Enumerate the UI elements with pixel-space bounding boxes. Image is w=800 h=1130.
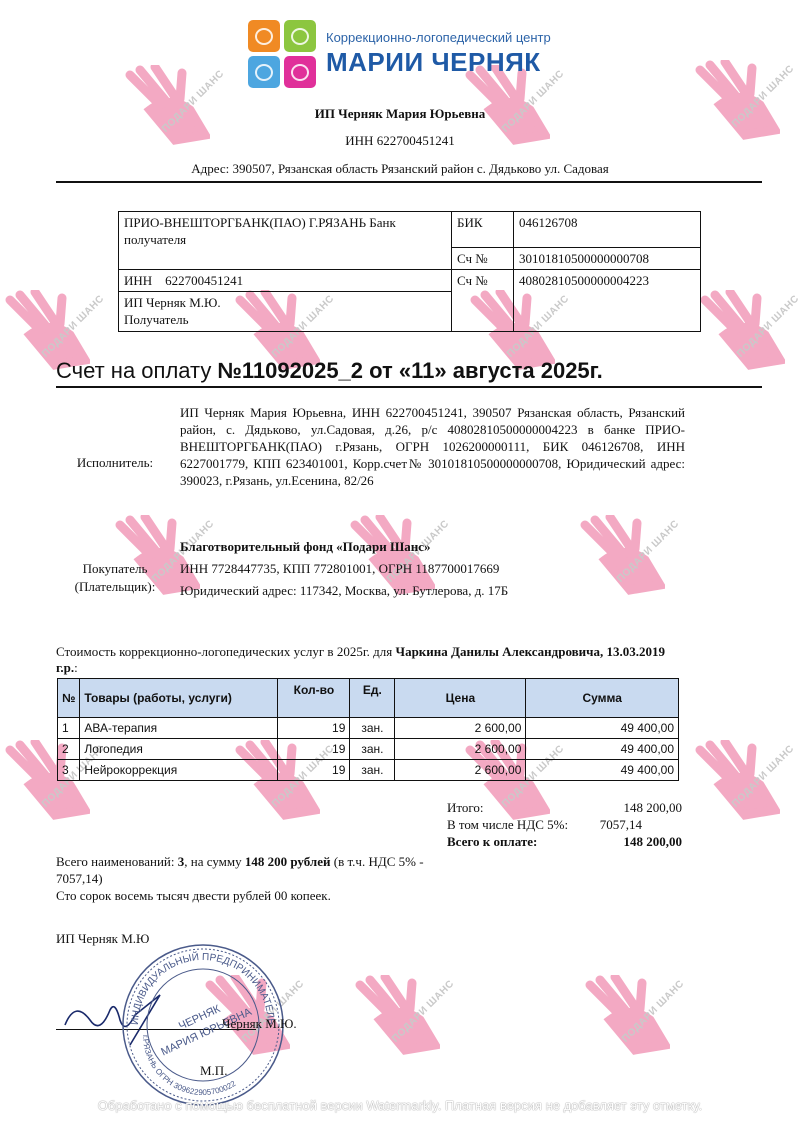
table-row: 2 Логопедия 19 зан. 2 600,00 49 400,00: [58, 739, 679, 760]
logo-title: МАРИИ ЧЕРНЯК: [326, 47, 551, 78]
vat-label: В том числе НДС 5%:: [447, 817, 568, 834]
buyer-address: Юридический адрес: 117342, Москва, ул. Б…: [180, 580, 640, 602]
invoice-number: №11092025_2 от «11» августа 2025г.: [217, 358, 602, 383]
due-label: Всего к оплате:: [447, 834, 537, 851]
recipient-inn: ИНН 622700451241: [119, 270, 452, 292]
items-table: № Товары (работы, услуги) Кол-во Ед. Цен…: [57, 678, 679, 781]
executor-details: ИП Черняк Мария Юрьевна, ИНН 62270045124…: [180, 404, 685, 489]
vat-value: 7057,14: [600, 817, 642, 834]
logo-tile-blue: [248, 56, 280, 88]
watermark-hand-icon: ПОДАРИ ШАНС: [580, 975, 700, 1085]
buyer-label: Покупатель(Плательщик):: [56, 560, 174, 596]
supplier-inn: ИНН 622700451241: [0, 133, 800, 149]
summary-block: Всего наименований: 3, на сумму 148 200 …: [56, 853, 436, 904]
signatory-printed-name: Черняк М.Ю.: [222, 1016, 297, 1032]
stamp-place-label: М.П.: [200, 1063, 227, 1079]
watermark-hand-icon: ПОДАРИ ШАНС: [350, 975, 470, 1085]
due-value: 148 200,00: [624, 834, 683, 851]
title-divider: [56, 386, 762, 388]
logo-tile-pink: [284, 56, 316, 88]
account-value: 40802810500000004223: [514, 270, 701, 332]
bik-label: БИК: [452, 212, 514, 248]
col-sum: Сумма: [526, 679, 679, 718]
center-logo: Коррекционно-логопедический центр МАРИИ …: [248, 20, 551, 88]
corr-account-value: 30101810500000000708: [514, 248, 701, 270]
recipient: ИП Черняк М.Ю.Получатель: [119, 292, 452, 332]
bank-name: ПРИО-ВНЕШТОРГБАНК(ПАО) Г.РЯЗАНЬ Банк пол…: [119, 212, 452, 270]
buyer-ids: ИНН 7728447735, КПП 772801001, ОГРН 1187…: [180, 558, 640, 580]
invoice-title: Счет на оплату№11092025_2 от «11» август…: [56, 358, 603, 384]
table-row: 1 АВА-терапия 19 зан. 2 600,00 49 400,00: [58, 718, 679, 739]
bik-value: 046126708: [514, 212, 701, 248]
corr-account-label: Сч №: [452, 248, 514, 270]
logo-tile-orange: [248, 20, 280, 52]
amount-in-words: Сто сорок восемь тысяч двести рублей 00 …: [56, 887, 436, 904]
bank-details-table: ПРИО-ВНЕШТОРГБАНК(ПАО) Г.РЯЗАНЬ Банк пол…: [118, 211, 701, 332]
logo-tiles-icon: [248, 20, 316, 88]
executor-label: Исполнитель:: [56, 455, 174, 471]
logo-tile-green: [284, 20, 316, 52]
watermark-hand-icon: ПОДАРИ ШАНС: [695, 290, 800, 400]
total-label: Итого:: [447, 800, 484, 817]
col-unit: Ед.: [350, 679, 395, 718]
logo-subtitle: Коррекционно-логопедический центр: [326, 30, 551, 45]
supplier-address: Адрес: 390507, Рязанская область Рязанск…: [0, 161, 800, 177]
service-description: Стоимость коррекционно-логопедических ус…: [56, 644, 686, 676]
account-label: Сч №: [452, 270, 514, 332]
header-divider: [56, 181, 762, 183]
buyer-details: Благотворительный фонд «Подари Шанс» ИНН…: [180, 536, 640, 602]
watermarkly-notice: Обработано с помощью бесплатной версии W…: [0, 1098, 800, 1113]
col-price: Цена: [395, 679, 526, 718]
buyer-name: Благотворительный фонд «Подари Шанс»: [180, 536, 640, 558]
col-number: №: [58, 679, 80, 718]
watermark-hand-icon: ПОДАРИ ШАНС: [690, 740, 800, 850]
col-name: Товары (работы, услуги): [80, 679, 278, 718]
totals-block: Итого:148 200,00 В том числе НДС 5%:7057…: [447, 800, 682, 851]
col-qty: Кол-во: [278, 679, 350, 718]
table-row: 3 Нейрокоррекция 19 зан. 2 600,00 49 400…: [58, 760, 679, 781]
total-value: 148 200,00: [624, 800, 683, 817]
supplier-name: ИП Черняк Мария Юрьевна: [0, 106, 800, 122]
